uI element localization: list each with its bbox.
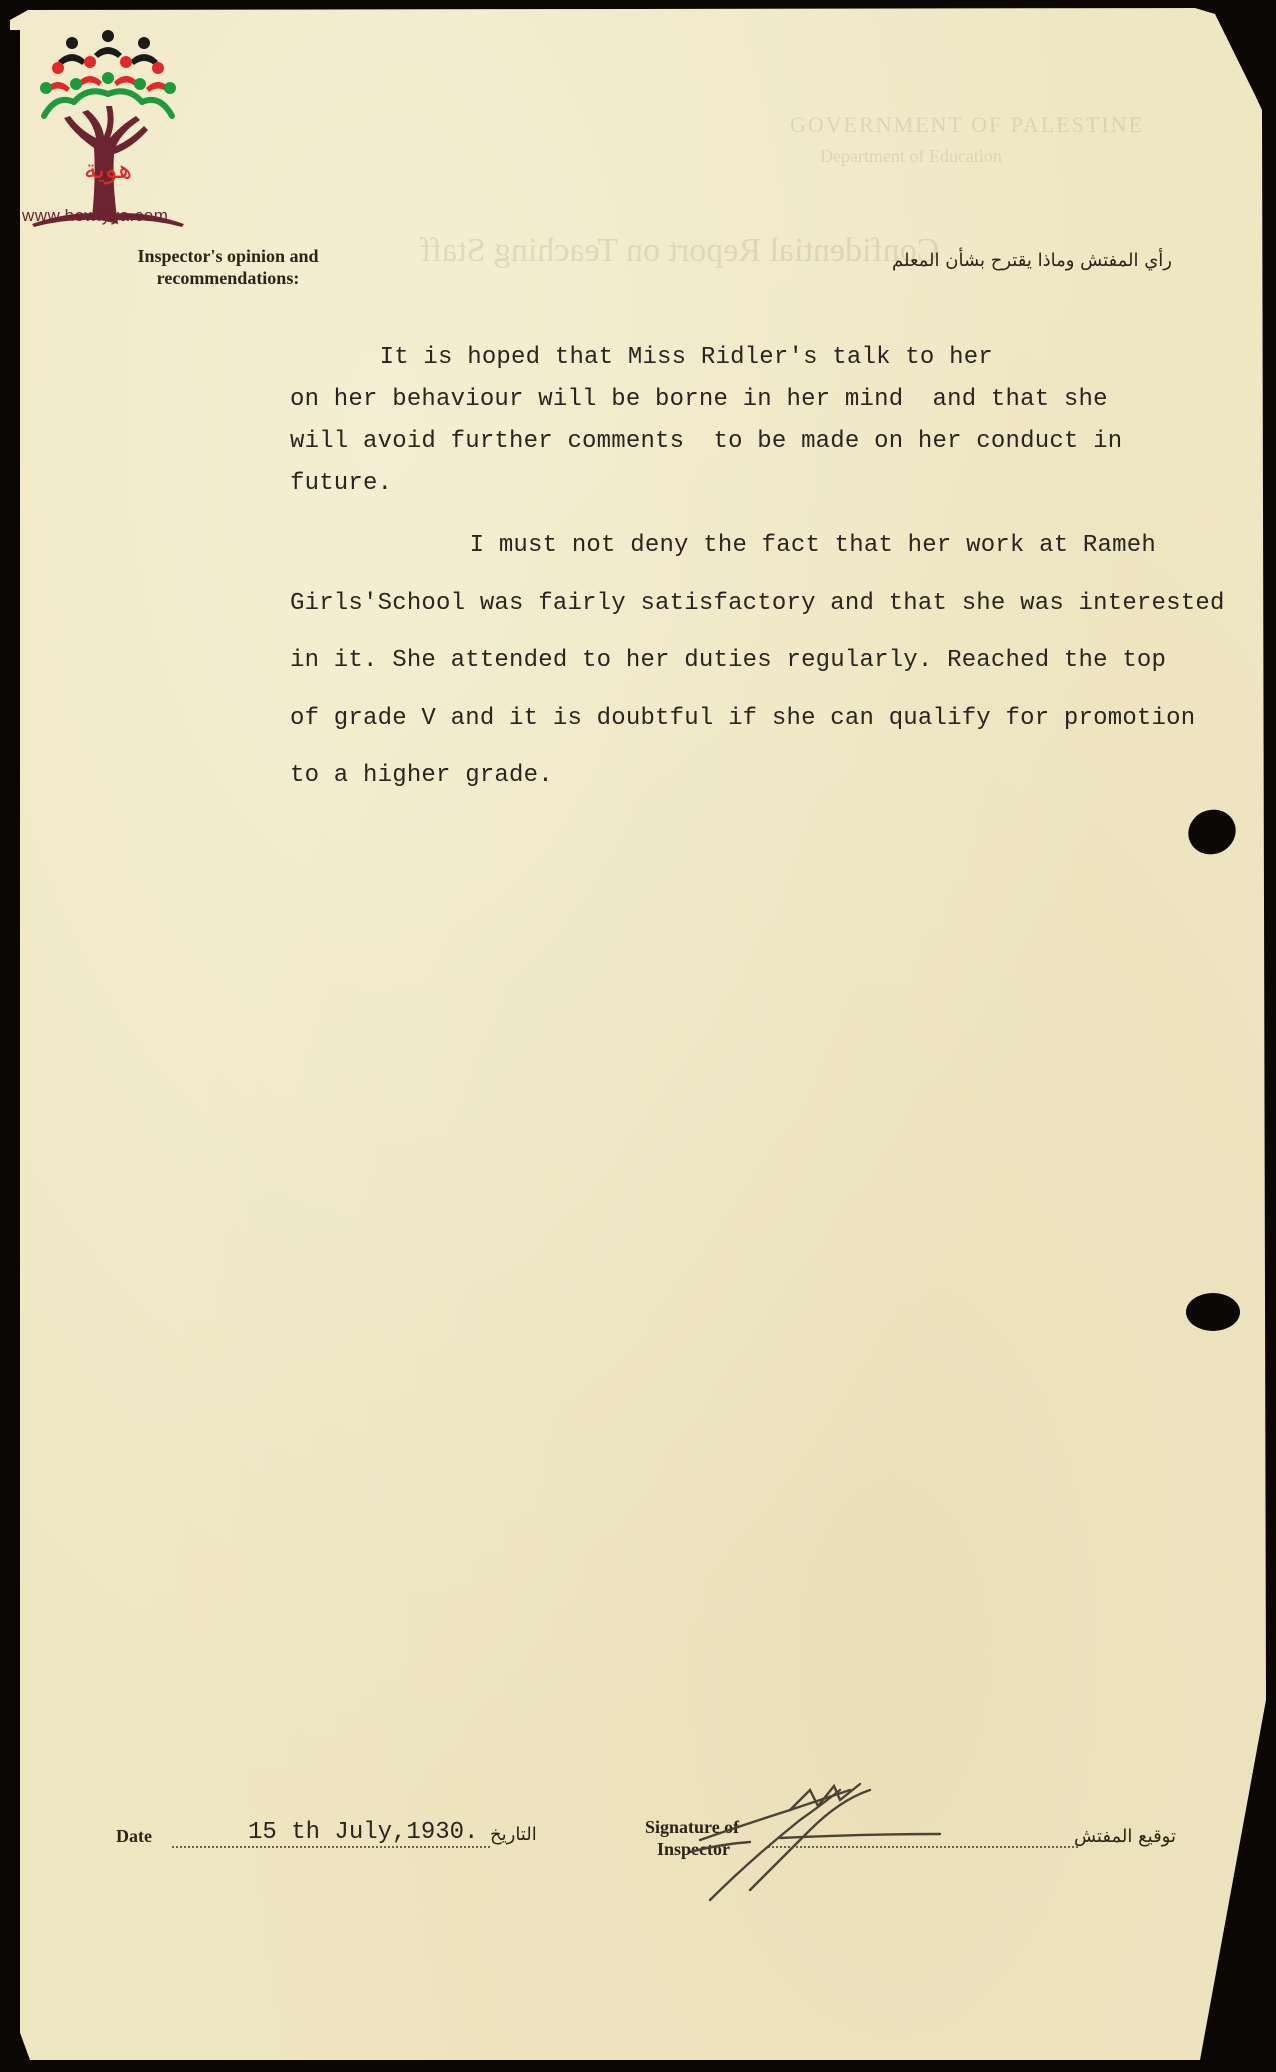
paragraph-2-line-5: to a higher grade. <box>290 762 553 789</box>
paragraph-1-line-3: will avoid further comments to be made o… <box>290 428 1122 455</box>
section-label-en: Inspector's opinion and recommendations: <box>108 245 348 289</box>
date-label-ar: التاريخ <box>490 1824 537 1845</box>
paragraph-2-line-2: Girls'School was fairly satisfactory and… <box>290 590 1225 617</box>
document-page: GOVERNMENT OF PALESTINE Department of Ed… <box>0 0 1276 2072</box>
section-label-ar: رأي المفتش وماذا يقترح بشأن المعلم <box>892 250 1172 271</box>
faded-header-line1: GOVERNMENT OF PALESTINE <box>790 112 1144 138</box>
faded-header-line2: Department of Education <box>820 146 1002 167</box>
date-dotted-line <box>172 1846 490 1848</box>
paragraph-2-line-4: of grade V and it is doubtful if she can… <box>290 705 1195 732</box>
paragraph-2-line-3: in it. She attended to her duties regula… <box>290 647 1166 674</box>
scan-border <box>8 30 20 2060</box>
svg-text:هوية: هوية <box>84 155 132 185</box>
howiyya-logo-icon: هوية <box>22 28 194 228</box>
faded-form-title: Confidential Report on Teaching Staff <box>420 232 939 270</box>
signature-label-ar: توقيع المفتش <box>1074 1826 1176 1847</box>
punch-hole-bottom <box>1186 1293 1240 1331</box>
paragraph-1-line-4: future. <box>290 470 392 497</box>
paragraph-2-line-1: I must not deny the fact that her work a… <box>382 532 1156 559</box>
punch-hole-top <box>1181 802 1243 862</box>
paragraph-1-line-1: It is hoped that Miss Ridler's talk to h… <box>292 344 993 371</box>
date-value: 15 th July,1930. <box>248 1819 478 1846</box>
handwritten-signature-icon <box>690 1780 970 1920</box>
watermark-url: www.howiyya.com <box>22 206 202 226</box>
paragraph-1-line-2: on her behaviour will be borne in her mi… <box>290 386 1108 413</box>
date-label: Date <box>116 1826 152 1847</box>
